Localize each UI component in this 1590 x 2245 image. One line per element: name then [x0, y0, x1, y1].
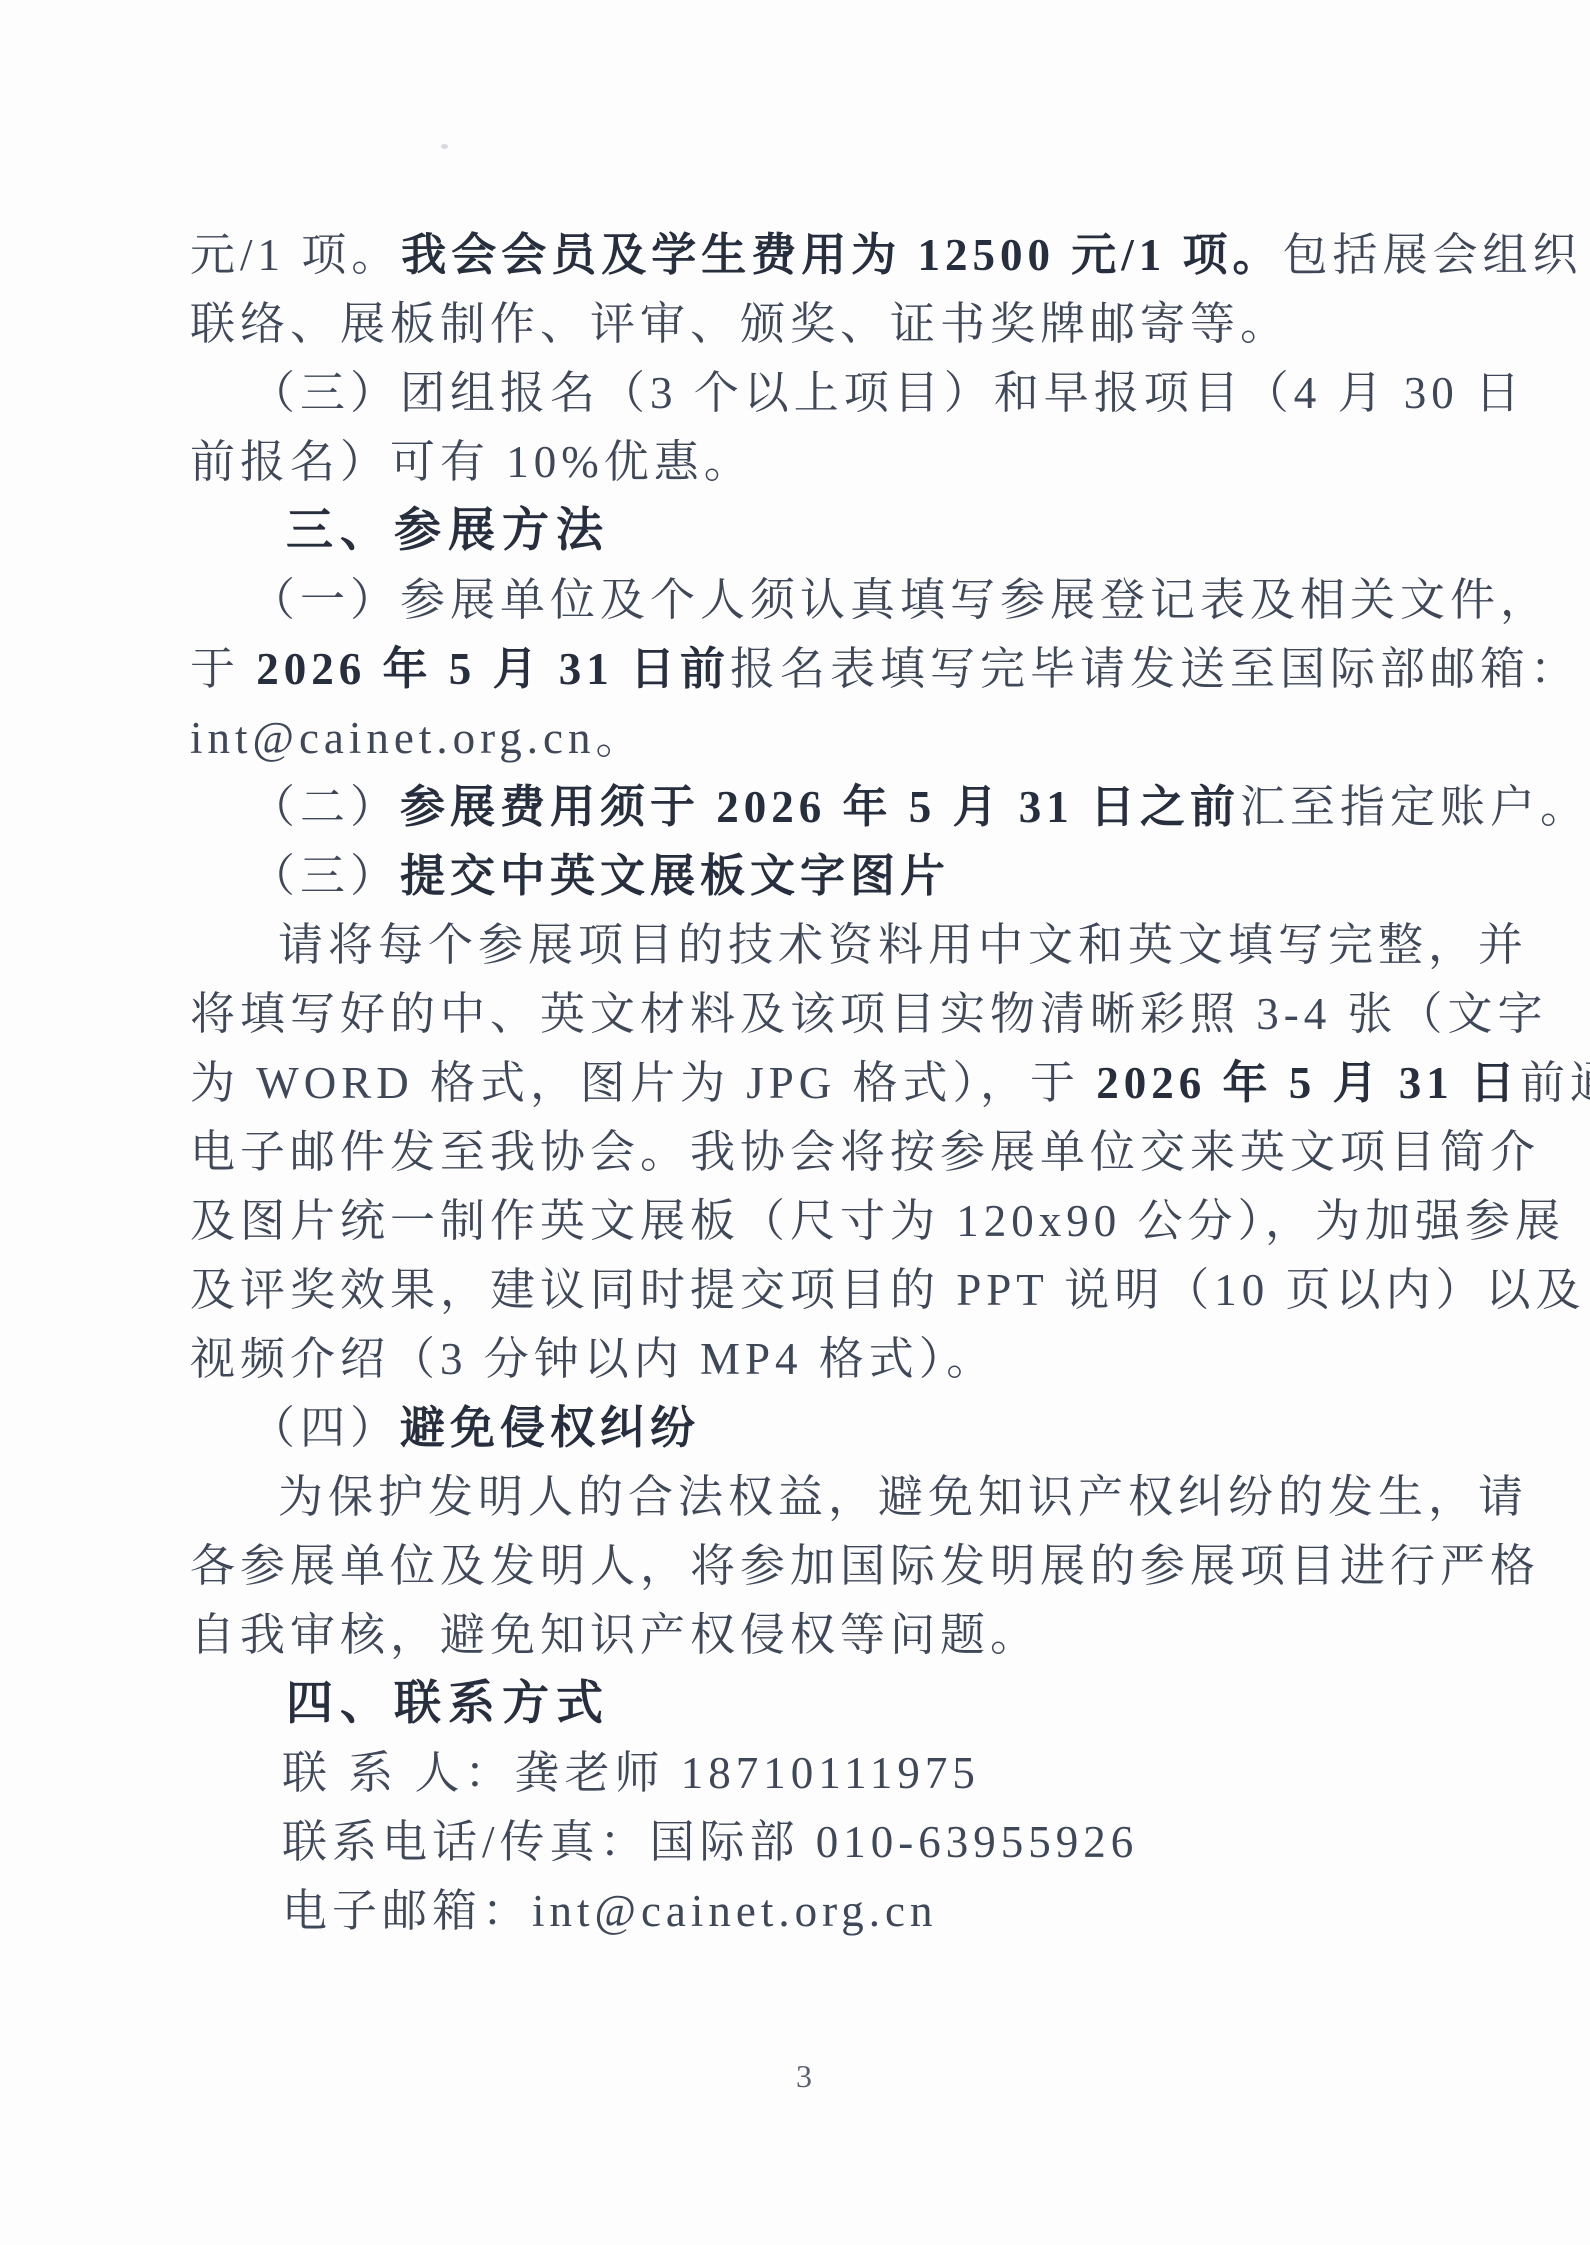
text-segment: 于 — [190, 644, 256, 694]
text-line: （三）团组报名（3 个以上项目）和早报项目（4 月 30 日 — [190, 359, 1430, 428]
text-line: 视频介绍（3 分钟以内 MP4 格式）。 — [190, 1325, 1430, 1394]
text-line: （二）参展费用须于 2026 年 5 月 31 日之前汇至指定账户。 — [190, 773, 1430, 842]
text-segment: 请将每个参展项目的技术资料用中文和英文填写完整，并 — [278, 920, 1528, 970]
text-segment: 参展费用须于 2026 年 5 月 31 日之前 — [400, 782, 1240, 832]
text-segment: 联 系 人：龚老师 18710111975 — [282, 1748, 980, 1798]
text-segment: 2026 年 5 月 31 日 — [1096, 1058, 1520, 1108]
text-line: int@cainet.org.cn。 — [190, 704, 1430, 773]
text-segment: 2026 年 5 月 31 日前 — [256, 644, 730, 694]
text-line: 为 WORD 格式，图片为 JPG 格式），于 2026 年 5 月 31 日前… — [190, 1049, 1430, 1118]
text-segment: 自我审核，避免知识产权侵权等问题。 — [190, 1610, 1040, 1660]
text-segment: 各参展单位及发明人，将参加国际发明展的参展项目进行严格 — [190, 1541, 1540, 1591]
text-segment: 前通过 — [1520, 1058, 1590, 1108]
text-segment: 联络、展板制作、评审、颁奖、证书奖牌邮寄等。 — [190, 299, 1290, 349]
text-segment: 提交中英文展板文字图片 — [400, 851, 950, 901]
text-line: 前报名）可有 10%优惠。 — [190, 428, 1430, 497]
text-segment: 及评奖效果，建议同时提交项目的 PPT 说明（10 页以内）以及 — [190, 1265, 1585, 1315]
page-number: 3 — [796, 2058, 812, 2095]
text-segment: 避免侵权纠纷 — [400, 1403, 700, 1453]
text-segment: 四、联系方式 — [286, 1678, 610, 1730]
text-segment: 联系电话/传真：国际部 010-63955926 — [282, 1817, 1138, 1867]
document-body-text: 元/1 项。我会会员及学生费用为 12500 元/1 项。包括展会组织联络、展板… — [190, 221, 1430, 1946]
text-line: 联 系 人：龚老师 18710111975 — [190, 1739, 1430, 1808]
text-line: 联系电话/传真：国际部 010-63955926 — [190, 1808, 1430, 1877]
text-segment: 电子邮箱：int@cainet.org.cn — [282, 1886, 938, 1936]
text-line: 元/1 项。我会会员及学生费用为 12500 元/1 项。包括展会组织 — [190, 221, 1430, 290]
text-segment: 电子邮件发至我协会。我协会将按参展单位交来英文项目简介 — [190, 1127, 1540, 1177]
text-line: （一）参展单位及个人须认真填写参展登记表及相关文件， — [190, 566, 1430, 635]
scan-artifact-dot — [441, 144, 448, 149]
text-segment: 及图片统一制作英文展板（尺寸为 120x90 公分），为加强参展 — [190, 1196, 1565, 1246]
text-segment: （三）团组报名（3 个以上项目）和早报项目（4 月 30 日 — [250, 368, 1525, 418]
text-segment: 为保护发明人的合法权益，避免知识产权纠纷的发生，请 — [278, 1472, 1528, 1522]
text-segment: （二） — [250, 782, 400, 832]
text-segment: 包括展会组织 — [1283, 230, 1583, 280]
text-segment: 三、参展方法 — [286, 505, 610, 557]
text-segment: 视频介绍（3 分钟以内 MP4 格式）。 — [190, 1334, 996, 1384]
text-segment: 将填写好的中、英文材料及该项目实物清晰彩照 3-4 张（文字 — [190, 989, 1548, 1039]
text-segment: （一）参展单位及个人须认真填写参展登记表及相关文件， — [250, 575, 1550, 625]
text-line: （四）避免侵权纠纷 — [190, 1394, 1430, 1463]
section-heading: 四、联系方式 — [190, 1670, 1430, 1739]
text-line: 联络、展板制作、评审、颁奖、证书奖牌邮寄等。 — [190, 290, 1430, 359]
text-segment: 前报名）可有 10%优惠。 — [190, 437, 754, 487]
text-line: 于 2026 年 5 月 31 日前报名表填写完毕请发送至国际部邮箱： — [190, 635, 1430, 704]
text-line: 及图片统一制作英文展板（尺寸为 120x90 公分），为加强参展 — [190, 1187, 1430, 1256]
section-heading: 三、参展方法 — [190, 497, 1430, 566]
document-page: 元/1 项。我会会员及学生费用为 12500 元/1 项。包括展会组织联络、展板… — [0, 0, 1590, 2245]
text-line: 电子邮箱：int@cainet.org.cn — [190, 1877, 1430, 1946]
text-line: 请将每个参展项目的技术资料用中文和英文填写完整，并 — [190, 911, 1430, 980]
text-line: （三）提交中英文展板文字图片 — [190, 842, 1430, 911]
text-segment: 报名表填写完毕请发送至国际部邮箱： — [730, 644, 1580, 694]
text-line: 各参展单位及发明人，将参加国际发明展的参展项目进行严格 — [190, 1532, 1430, 1601]
text-line: 自我审核，避免知识产权侵权等问题。 — [190, 1601, 1430, 1670]
text-segment: 为 WORD 格式，图片为 JPG 格式），于 — [190, 1058, 1096, 1108]
text-line: 及评奖效果，建议同时提交项目的 PPT 说明（10 页以内）以及 — [190, 1256, 1430, 1325]
text-segment: 汇至指定账户。 — [1240, 782, 1590, 832]
text-line: 将填写好的中、英文材料及该项目实物清晰彩照 3-4 张（文字 — [190, 980, 1430, 1049]
text-line: 为保护发明人的合法权益，避免知识产权纠纷的发生，请 — [190, 1463, 1430, 1532]
text-segment: 我会会员及学生费用为 12500 元/1 项。 — [401, 230, 1282, 280]
text-line: 电子邮件发至我协会。我协会将按参展单位交来英文项目简介 — [190, 1118, 1430, 1187]
text-segment: int@cainet.org.cn。 — [190, 713, 646, 763]
text-segment: 元/1 项。 — [190, 230, 401, 280]
text-segment: （四） — [250, 1403, 400, 1453]
text-segment: （三） — [250, 851, 400, 901]
